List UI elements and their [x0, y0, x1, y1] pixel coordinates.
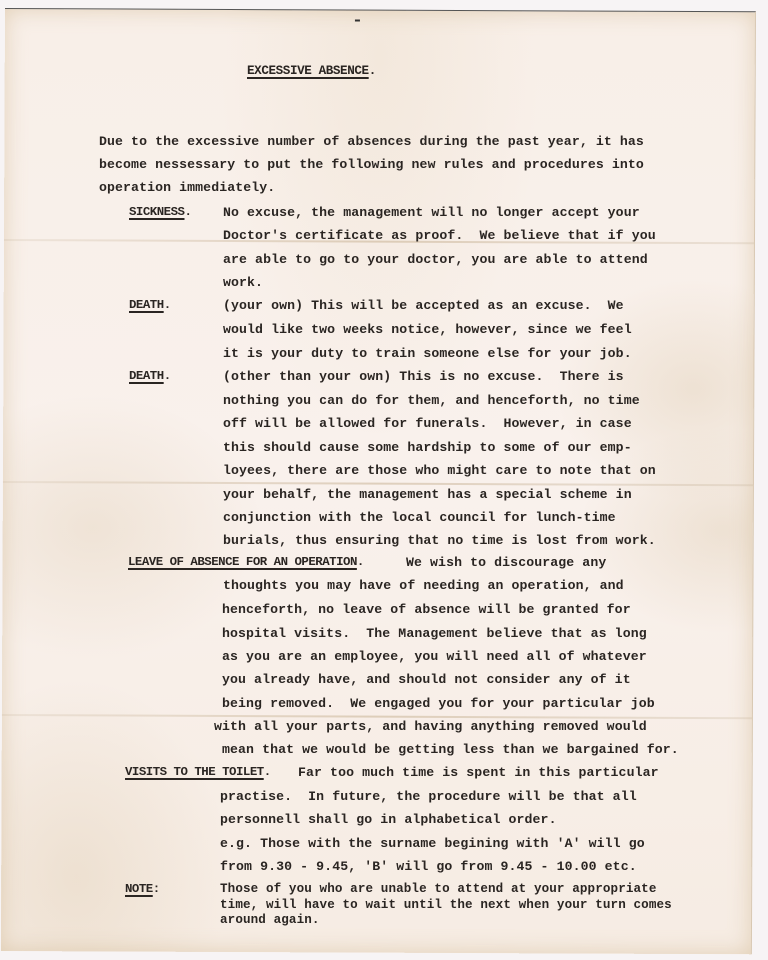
section-line: e.g. Those with the surname begining wit… — [220, 836, 645, 851]
section-line: work. — [223, 275, 263, 290]
section-line: (other than your own) This is no excuse.… — [223, 369, 624, 384]
section-line: personnell shall go in alphabetical orde… — [220, 812, 557, 827]
section-line: your behalf, the management has a specia… — [223, 487, 632, 502]
typed-text: EXCESSIVE ABSENCE. Due to the excessive … — [0, 0, 768, 960]
section-line: time, will have to wait until the next w… — [220, 898, 672, 912]
section-first-line: We wish to discourage any — [406, 555, 606, 570]
section-line: Those of you who are unable to attend at… — [220, 882, 656, 896]
section-line: conjunction with the local council for l… — [223, 510, 616, 525]
section-heading-note: NOTE: — [125, 882, 160, 896]
heading-text: SICKNESS — [129, 205, 185, 219]
section-line: would like two weeks notice, however, si… — [223, 322, 632, 337]
section-line: hospital visits. The Management believe … — [222, 626, 647, 641]
heading-punct: . — [164, 369, 171, 383]
heading-punct: . — [357, 555, 364, 569]
section-line: it is your duty to train someone else fo… — [223, 346, 632, 361]
section-line: off will be allowed for funerals. Howeve… — [223, 416, 632, 431]
section-line: with all your parts, and having anything… — [214, 719, 647, 734]
heading-punct: . — [185, 205, 192, 219]
section-line: you already have, and should not conside… — [222, 672, 631, 687]
title-punct: . — [369, 64, 376, 78]
section-heading-sickness: SICKNESS. — [129, 205, 191, 219]
heading-punct: : — [153, 882, 160, 896]
section-line: henceforth, no leave of absence will be … — [222, 602, 631, 617]
scanned-page: EXCESSIVE ABSENCE. Due to the excessive … — [0, 0, 768, 960]
section-line: mean that we would be getting less than … — [222, 742, 679, 757]
section-line: nothing you can do for them, and hencefo… — [223, 393, 640, 408]
intro-line: operation immediately. — [99, 180, 275, 195]
section-line: burials, thus ensuring that no time is l… — [223, 533, 656, 548]
section-line: as you are an employee, you will need al… — [222, 649, 647, 664]
section-line: (your own) This will be accepted as an e… — [223, 298, 624, 313]
section-line: being removed. We engaged you for your p… — [222, 696, 655, 711]
section-line: this should cause some hardship to some … — [223, 440, 632, 455]
title-text: EXCESSIVE ABSENCE — [247, 64, 369, 78]
section-line: around again. — [220, 913, 320, 927]
intro-line: become nessessary to put the following n… — [99, 157, 644, 172]
intro-line: Due to the excessive number of absences … — [99, 134, 644, 149]
section-heading-operation: LEAVE OF ABSENCE FOR AN OPERATION. — [128, 555, 364, 569]
section-first-line: Far too much time is spent in this parti… — [298, 765, 659, 780]
heading-text: DEATH — [129, 369, 164, 383]
document-title: EXCESSIVE ABSENCE. — [247, 64, 376, 78]
section-line: practise. In future, the procedure will … — [220, 789, 637, 804]
section-line: loyees, there are those who might care t… — [223, 463, 656, 478]
heading-punct: . — [164, 298, 171, 312]
heading-text: NOTE — [125, 882, 153, 896]
section-heading-death-own: DEATH. — [129, 298, 171, 312]
heading-punct: . — [264, 765, 271, 779]
heading-text: DEATH — [129, 298, 164, 312]
section-heading-toilet: VISITS TO THE TOILET. — [125, 765, 271, 779]
section-line: thoughts you may have of needing an oper… — [223, 578, 624, 593]
section-line: are able to go to your doctor, you are a… — [223, 252, 648, 267]
section-heading-death-other: DEATH. — [129, 369, 171, 383]
section-line: No excuse, the management will no longer… — [223, 205, 640, 220]
section-line: Doctor's certificate as proof. We believ… — [223, 228, 656, 243]
section-line: from 9.30 - 9.45, 'B' will go from 9.45 … — [220, 859, 637, 874]
heading-text: VISITS TO THE TOILET — [125, 765, 264, 779]
heading-text: LEAVE OF ABSENCE FOR AN OPERATION — [128, 555, 357, 569]
